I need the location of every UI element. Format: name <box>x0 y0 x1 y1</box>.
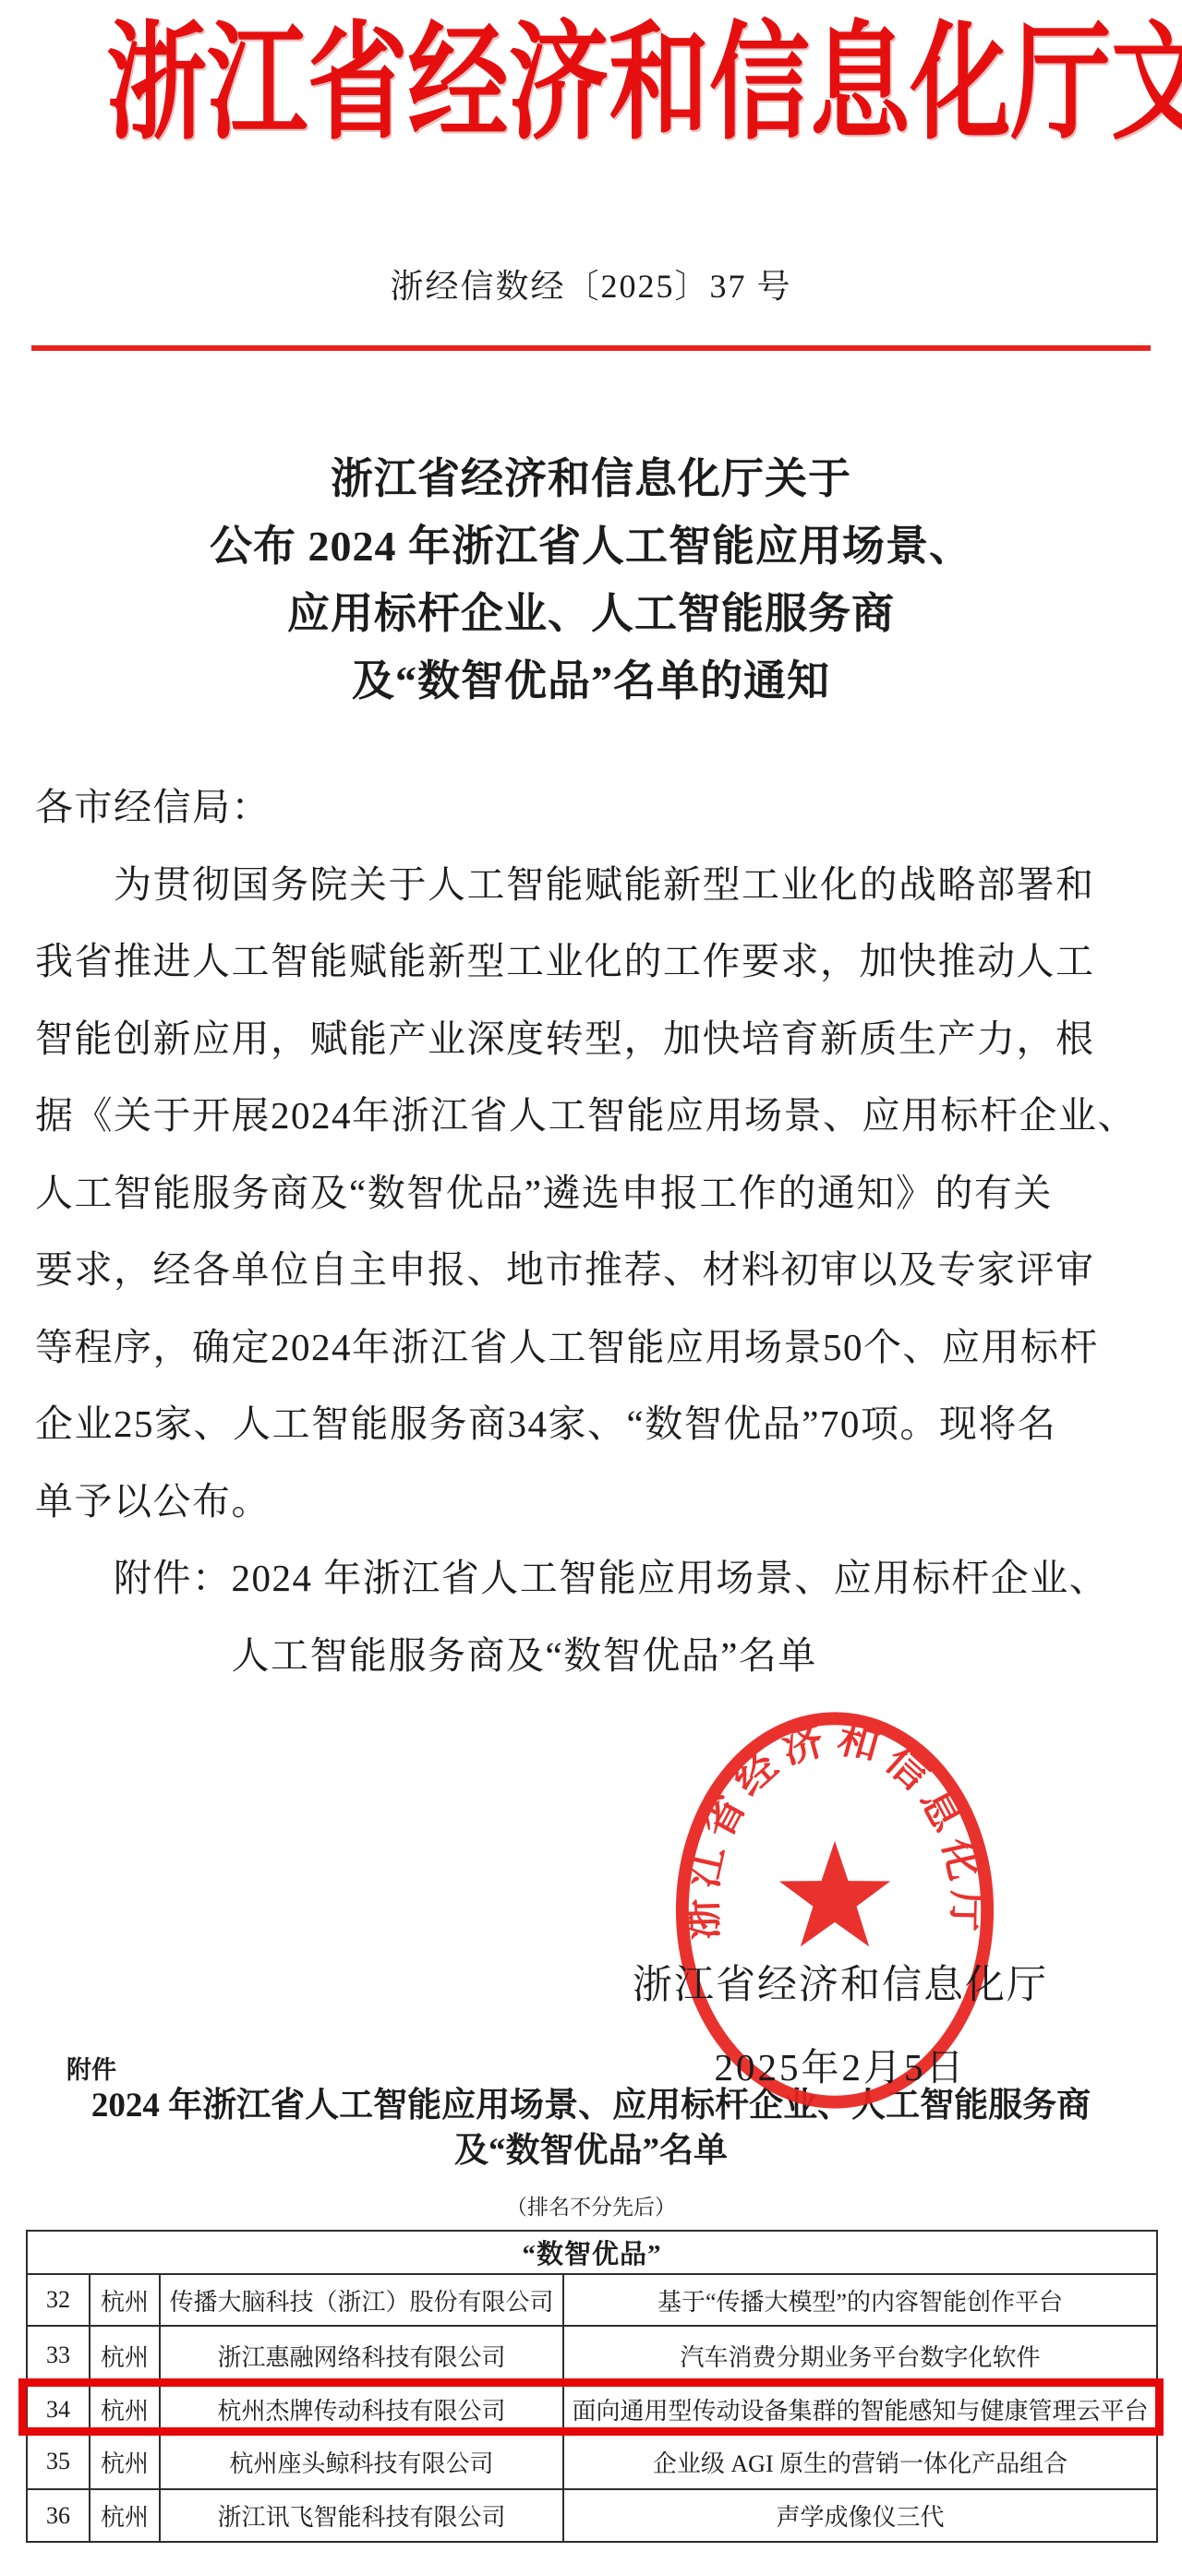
cell-no: 33 <box>27 2326 90 2385</box>
cell-city: 杭州 <box>90 2326 160 2385</box>
body-line: 要求，经各单位自主申报、地市推荐、材料初审以及专家评审 <box>35 1232 1151 1309</box>
table-row-33: 33 杭州 浙江惠融网络科技有限公司 汽车消费分期业务平台数字化软件 <box>27 2326 1157 2385</box>
masthead-title-text: 浙江省经济和信息化厅文件 <box>106 9 1182 159</box>
cell-company: 浙江惠融网络科技有限公司 <box>160 2326 563 2385</box>
body-line: 人工智能服务商及“数智优品”遴选申报工作的通知》的有关 <box>35 1155 1151 1233</box>
doc-title-line: 浙江省经济和信息化厅关于 <box>0 445 1182 512</box>
issue-date: 2025年2月5日 <box>605 2037 1076 2091</box>
cell-no: 32 <box>27 2274 90 2326</box>
body-line: 我省推进人工智能赋能新型工业化的工作要求，加快推动人工 <box>35 923 1151 1001</box>
issuer-signature: 浙江省经济和信息化厅 <box>605 1954 1076 2010</box>
body-line: 等程序，确定2024年浙江省人工智能应用场景50个、应用标杆 <box>35 1309 1151 1387</box>
cell-product: 基于“传播大模型”的内容智能创作平台 <box>563 2274 1157 2326</box>
cell-product: 汽车消费分期业务平台数字化软件 <box>563 2326 1157 2385</box>
ranking-note: （排名不分先后） <box>0 2190 1182 2221</box>
cell-company: 杭州座头鲸科技有限公司 <box>160 2434 563 2489</box>
red-divider-rule <box>31 345 1151 351</box>
table-row-36: 36 杭州 浙江讯飞智能科技有限公司 声学成像仪三代 <box>27 2489 1157 2542</box>
cell-no: 36 <box>27 2489 90 2542</box>
table-row-34-highlighted: 34 杭州 杭州杰牌传动科技有限公司 面向通用型传动设备集群的智能感知与健康管理… <box>27 2385 1157 2434</box>
doc-title: 浙江省经济和信息化厅关于 公布 2024 年浙江省人工智能应用场景、 应用标杆企… <box>0 445 1182 715</box>
cell-city: 杭州 <box>90 2489 160 2542</box>
body-line: 智能创新应用，赋能产业深度转型，加快培育新质生产力，根 <box>35 1001 1151 1078</box>
attachment-label: 附件 <box>66 2050 116 2086</box>
cell-company: 浙江讯飞智能科技有限公司 <box>160 2489 563 2542</box>
shuzhi-youpin-table: “数智优品” 32 杭州 传播大脑科技（浙江）股份有限公司 基于“传播大模型”的… <box>26 2230 1158 2543</box>
masthead-title: 浙江省经济和信息化厅文件 <box>0 15 1182 153</box>
table-row-35: 35 杭州 杭州座头鲸科技有限公司 企业级 AGI 原生的营销一体化产品组合 <box>27 2434 1157 2489</box>
attachment-reference-line: 人工智能服务商及“数智优品”名单 <box>35 1618 1151 1695</box>
cell-product: 声学成像仪三代 <box>563 2489 1157 2542</box>
cell-no: 35 <box>27 2434 90 2489</box>
official-document-page: 浙江省经济和信息化厅文件 浙经信数经〔2025〕37 号 浙江省经济和信息化厅关… <box>0 0 1182 2576</box>
doc-title-line: 及“数智优品”名单的通知 <box>0 647 1182 715</box>
cell-city: 杭州 <box>90 2274 160 2326</box>
attachment-title: 2024 年浙江省人工智能应用场景、应用标杆企业、人工智能服务商 及“数智优品”… <box>0 2083 1182 2173</box>
body-line: 企业25家、人工智能服务商34家、“数智优品”70项。现将名 <box>35 1386 1151 1463</box>
attachment-reference-line: 附件：2024 年浙江省人工智能应用场景、应用标杆企业、 <box>35 1540 1151 1618</box>
cell-city: 杭州 <box>90 2434 160 2489</box>
body-line: 单予以公布。 <box>35 1463 1151 1541</box>
seal-star-icon <box>779 1841 890 1947</box>
cell-city: 杭州 <box>90 2385 160 2434</box>
cell-company: 传播大脑科技（浙江）股份有限公司 <box>160 2274 563 2326</box>
doc-number: 浙经信数经〔2025〕37 号 <box>0 260 1182 307</box>
doc-title-line: 应用标杆企业、人工智能服务商 <box>0 580 1182 647</box>
body-text: 各市经信局： 为贯彻国务院关于人工智能赋能新型工业化的战略部署和 我省推进人工智… <box>35 769 1151 1694</box>
doc-title-line: 公布 2024 年浙江省人工智能应用场景、 <box>0 512 1182 580</box>
cell-product: 面向通用型传动设备集群的智能感知与健康管理云平台 <box>563 2385 1157 2434</box>
cell-no: 34 <box>27 2385 90 2434</box>
body-line: 据《关于开展2024年浙江省人工智能应用场景、应用标杆企业、 <box>35 1077 1151 1155</box>
table-row-32: 32 杭州 传播大脑科技（浙江）股份有限公司 基于“传播大模型”的内容智能创作平… <box>27 2274 1157 2326</box>
cell-product: 企业级 AGI 原生的营销一体化产品组合 <box>563 2434 1157 2489</box>
salutation: 各市经信局： <box>35 769 1151 847</box>
cell-company: 杭州杰牌传动科技有限公司 <box>160 2385 563 2434</box>
table-section-header: “数智优品” <box>27 2231 1157 2274</box>
attachment-title-line: 及“数智优品”名单 <box>0 2128 1182 2173</box>
body-line: 为贯彻国务院关于人工智能赋能新型工业化的战略部署和 <box>35 847 1151 924</box>
